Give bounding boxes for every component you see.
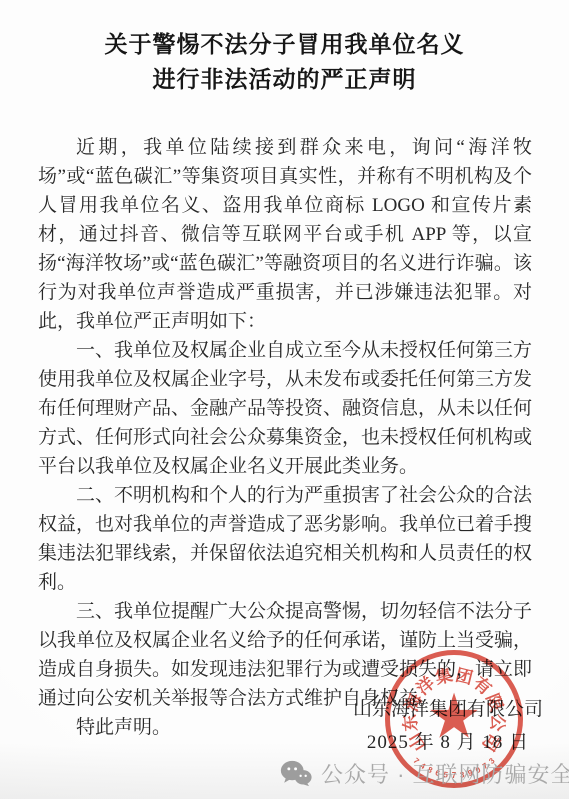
signature-block: 山东海洋集团有限公司 2025 年 8 月 18 日 [353, 695, 543, 757]
document-title: 关于警惕不法分子冒用我单位名义 进行非法活动的严正声明 [0, 27, 569, 97]
company-signature: 山东海洋集团有限公司 [353, 695, 543, 724]
watermark-text: 公众号 · 互联网防骗安全卫士 [321, 758, 569, 789]
signature-date: 2025 年 8 月 18 日 [353, 728, 543, 757]
statement-document-page: 关于警惕不法分子冒用我单位名义 进行非法活动的严正声明 近期，我单位陆续接到群众… [0, 0, 569, 799]
watermark-bar: 公众号 · 互联网防骗安全卫士 [280, 758, 569, 789]
paragraph-intro: 近期，我单位陆续接到群众来电，询问“海洋牧场”或“蓝色碳汇”等集资项目真实性，并… [38, 133, 532, 336]
document-title-line2: 进行非法活动的严正声明 [0, 62, 569, 97]
paragraph-item-2: 二、不明机构和个人的行为严重损害了社会公众的合法权益，也对我单位的声誉造成了恶劣… [38, 481, 532, 597]
paragraph-item-1: 一、我单位及权属企业自成立至今从未授权任何第三方使用我单位及权属企业字号，从未发… [38, 336, 532, 481]
wechat-icon [280, 760, 312, 787]
document-body: 近期，我单位陆续接到群众来电，询问“海洋牧场”或“蓝色碳汇”等集资项目真实性，并… [38, 133, 532, 742]
document-title-line1: 关于警惕不法分子冒用我单位名义 [0, 27, 569, 62]
